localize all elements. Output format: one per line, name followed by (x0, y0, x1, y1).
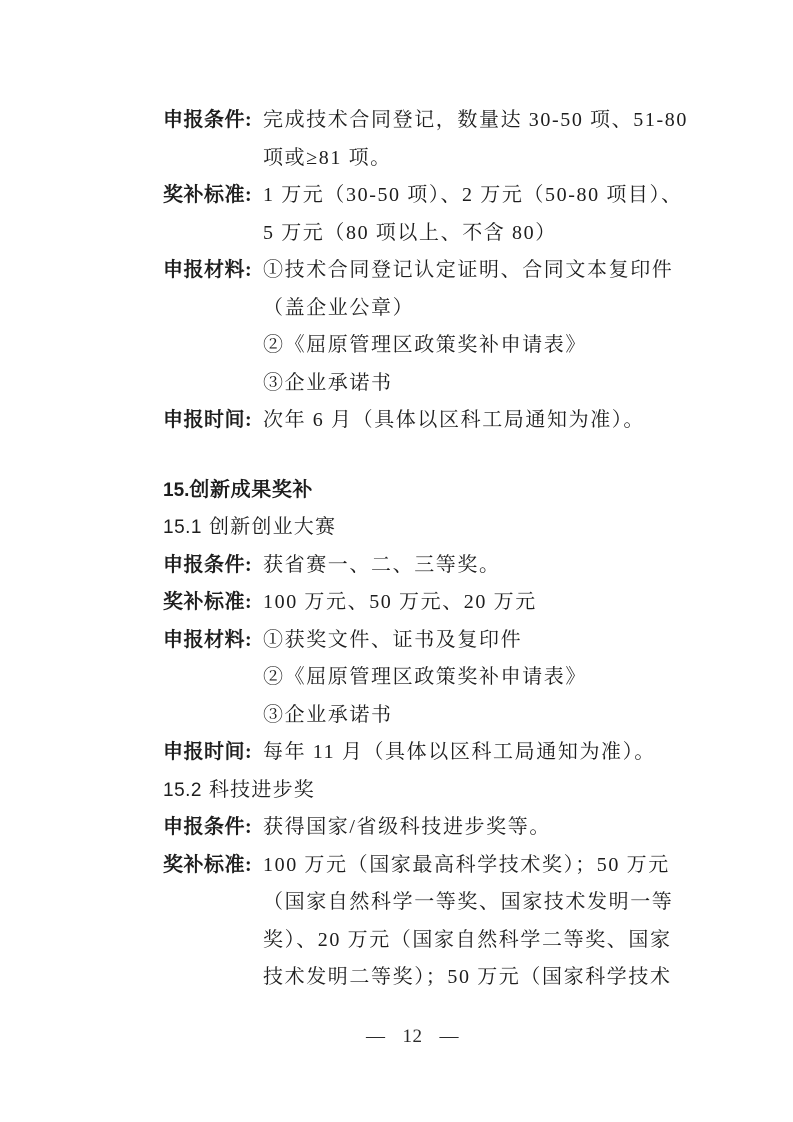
section-15-2-subheading-number: 15.2 (163, 780, 202, 801)
value-reward-standard-3: 100 万元（国家最高科学技术奖）；50 万元（国家自然科学一等奖、国家技术发明… (263, 847, 708, 997)
value-reward-standard-2: 100 万元、50 万元、20 万元 (263, 584, 708, 622)
text-line: ②《屈原管理区政策奖补申请表》 (263, 659, 708, 697)
value-application-materials-2: ①获奖文件、证书及复印件②《屈原管理区政策奖补申请表》③企业承诺书 (263, 622, 708, 735)
text-line: ③企业承诺书 (263, 697, 708, 735)
text-line: 100 万元（国家最高科学技术奖）；50 万元 (263, 847, 708, 885)
entry-application-conditions-3: 申报条件:获得国家/省级科技进步奖等。 (163, 809, 708, 847)
value-application-time-2: 每年 11 月（具体以区科工局通知为准）。 (263, 734, 708, 772)
label-reward-standard-2: 奖补标准: (163, 584, 263, 622)
entry-application-time-2: 申报时间:每年 11 月（具体以区科工局通知为准）。 (163, 734, 708, 772)
page-number: 12 (403, 1026, 423, 1047)
text-line: （国家自然科学一等奖、国家技术发明一等 (263, 884, 708, 922)
label-reward-standard-3: 奖补标准: (163, 847, 263, 885)
section-15-heading: 15.创新成果奖补 (163, 472, 708, 510)
entry-application-conditions-1: 申报条件:完成技术合同登记，数量达 30-50 项、51-80项或≥81 项。 (163, 102, 708, 177)
text-line: 5 万元（80 项以上、不含 80） (263, 215, 708, 253)
text-line: ①获奖文件、证书及复印件 (263, 622, 708, 660)
section-15-heading-number: 15. (163, 480, 189, 501)
text-line: ①技术合同登记认定证明、合同文本复印件 (263, 252, 708, 290)
section-15-heading-text: 创新成果奖补 (189, 479, 313, 501)
text-line: 100 万元、50 万元、20 万元 (263, 584, 708, 622)
section-gap (163, 440, 708, 472)
value-application-time-1: 次年 6 月（具体以区科工局通知为准）。 (263, 402, 708, 440)
footer-dash-left: — (366, 1026, 386, 1047)
text-line: ②《屈原管理区政策奖补申请表》 (263, 327, 708, 365)
section-15-2-subheading: 15.2科技进步奖 (163, 772, 708, 810)
text-line: 每年 11 月（具体以区科工局通知为准）。 (263, 734, 708, 772)
entry-application-materials-1: 申报材料:①技术合同登记认定证明、合同文本复印件（盖企业公章）②《屈原管理区政策… (163, 252, 708, 402)
text-line: 获得国家/省级科技进步奖等。 (263, 809, 708, 847)
text-line: 1 万元（30-50 项）、2 万元（50-80 项目）、 (263, 177, 708, 215)
entry-application-time-1: 申报时间:次年 6 月（具体以区科工局通知为准）。 (163, 402, 708, 440)
label-application-conditions-3: 申报条件: (163, 809, 263, 847)
section-15-1-subheading-number: 15.1 (163, 517, 202, 538)
text-line: 技术发明二等奖）；50 万元（国家科学技术 (263, 959, 708, 997)
value-application-conditions-1: 完成技术合同登记，数量达 30-50 项、51-80项或≥81 项。 (263, 102, 708, 177)
section-15-2-subheading-text: 科技进步奖 (209, 779, 315, 801)
value-application-materials-1: ①技术合同登记认定证明、合同文本复印件（盖企业公章）②《屈原管理区政策奖补申请表… (263, 252, 708, 402)
entry-reward-standard-2: 奖补标准:100 万元、50 万元、20 万元 (163, 584, 708, 622)
document-page: 申报条件:完成技术合同登记，数量达 30-50 项、51-80项或≥81 项。奖… (0, 0, 793, 1122)
entry-reward-standard-1: 奖补标准:1 万元（30-50 项）、2 万元（50-80 项目）、5 万元（8… (163, 177, 708, 252)
label-reward-standard-1: 奖补标准: (163, 177, 263, 215)
label-application-time-2: 申报时间: (163, 734, 263, 772)
document-content: 申报条件:完成技术合同登记，数量达 30-50 项、51-80项或≥81 项。奖… (163, 102, 708, 997)
text-line: 奖）、20 万元（国家自然科学二等奖、国家 (263, 922, 708, 960)
entry-reward-standard-3: 奖补标准:100 万元（国家最高科学技术奖）；50 万元（国家自然科学一等奖、国… (163, 847, 708, 997)
text-line: ③企业承诺书 (263, 365, 708, 403)
footer-dash-right: — (440, 1026, 460, 1047)
text-line: 项或≥81 项。 (263, 140, 708, 178)
label-application-materials-1: 申报材料: (163, 252, 263, 290)
entry-application-materials-2: 申报材料:①获奖文件、证书及复印件②《屈原管理区政策奖补申请表》③企业承诺书 (163, 622, 708, 735)
text-line: （盖企业公章） (263, 290, 708, 328)
section-15-1-subheading-text: 创新创业大赛 (209, 516, 336, 538)
label-application-time-1: 申报时间: (163, 402, 263, 440)
label-application-materials-2: 申报材料: (163, 622, 263, 660)
section-15-1-subheading: 15.1创新创业大赛 (163, 509, 708, 547)
value-application-conditions-3: 获得国家/省级科技进步奖等。 (263, 809, 708, 847)
label-application-conditions-2: 申报条件: (163, 547, 263, 585)
label-application-conditions-1: 申报条件: (163, 102, 263, 140)
text-line: 完成技术合同登记，数量达 30-50 项、51-80 (263, 102, 708, 140)
entry-application-conditions-2: 申报条件:获省赛一、二、三等奖。 (163, 547, 708, 585)
page-footer: —12— (16, 1026, 793, 1048)
value-reward-standard-1: 1 万元（30-50 项）、2 万元（50-80 项目）、5 万元（80 项以上… (263, 177, 708, 252)
value-application-conditions-2: 获省赛一、二、三等奖。 (263, 547, 708, 585)
text-line: 次年 6 月（具体以区科工局通知为准）。 (263, 402, 708, 440)
text-line: 获省赛一、二、三等奖。 (263, 547, 708, 585)
